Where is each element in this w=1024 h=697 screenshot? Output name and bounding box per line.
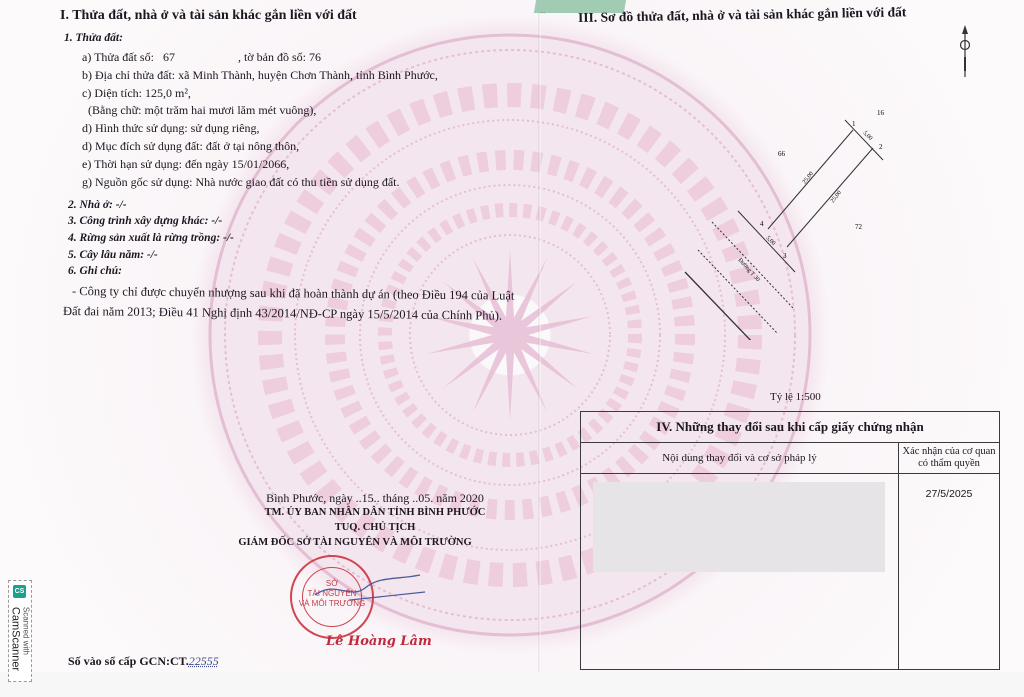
usage-purpose: d) Mục đích sử dụng đất: đất ở tại nông … (82, 139, 299, 154)
svg-text:25,00: 25,00 (830, 190, 843, 204)
col-header-content: Nội dung thay đổi và cơ sở pháp lý (581, 443, 899, 474)
svg-text:16: 16 (877, 109, 885, 117)
svg-text:4: 4 (760, 220, 764, 228)
parcel-area-words: (Bằng chữ: một trăm hai mươi lăm mét vuô… (88, 103, 316, 118)
svg-text:2: 2 (879, 143, 883, 151)
camscanner-watermark: CS Scanned with CamScanner (8, 580, 32, 682)
changes-table-title: IV. Những thay đổi sau khi cấp giấy chứn… (581, 412, 1000, 443)
parcel-number: a) Thửa đất số: 67 , tờ bản đồ số: 76 (82, 50, 321, 65)
map-scale: Tỷ lệ 1:500 (770, 391, 821, 403)
parcel-diagram: 1 2 3 4 5,00 25,00 25,00 5,00 16 66 72 Đ… (680, 100, 920, 340)
subsection-house: 2. Nhà ở: -/- (68, 199, 127, 211)
svg-text:1: 1 (852, 120, 856, 128)
handwritten-signature (310, 570, 430, 610)
svg-text:3: 3 (783, 252, 787, 260)
page-fold (538, 0, 541, 672)
svg-text:25,00: 25,00 (802, 171, 815, 185)
issuing-org: TM. ỦY BAN NHÂN DÂN TỈNH BÌNH PHƯỚC (220, 507, 530, 518)
svg-text:5,00: 5,00 (765, 235, 777, 247)
camscanner-logo-icon: CS (13, 585, 26, 598)
land-heading: 1. Thửa đất: (64, 32, 123, 44)
redacted-content (593, 482, 885, 572)
scan-margin (0, 672, 1024, 697)
parcel-address: b) Địa chỉ thửa đất: xã Minh Thành, huyệ… (82, 68, 438, 83)
change-date: 27/5/2025 (899, 474, 1000, 670)
section-title-land: I. Thửa đất, nhà ở và tài sản khác gắn l… (60, 8, 357, 24)
svg-text:66: 66 (778, 150, 786, 158)
usage-term: e) Thời hạn sử dụng: đến ngày 15/01/2066… (82, 157, 289, 172)
usage-form: d) Hình thức sử dụng: sử dụng riêng, (82, 121, 260, 136)
svg-text:5,00: 5,00 (862, 130, 874, 142)
north-arrow-icon (955, 25, 975, 80)
register-number: Số vào sổ cấp GCN:CT.22555 (68, 654, 219, 669)
subsection-other-works: 3. Công trình xây dựng khác: -/- (68, 215, 222, 227)
col-header-confirmation: Xác nhận của cơ quan có thẩm quyền (899, 443, 1000, 474)
subsection-perennial: 5. Cây lâu năm: -/- (68, 249, 158, 261)
signer-title: GIÁM ĐỐC SỞ TÀI NGUYÊN VÀ MÔI TRƯỜNG (190, 537, 520, 548)
signer-role: TUQ. CHỦ TỊCH (220, 522, 530, 533)
signer-name: Lê Hoàng Lâm (326, 634, 432, 649)
parcel-area: c) Diện tích: 125,0 m², (82, 86, 191, 101)
subsection-forest: 4. Rừng sản xuất là rừng trồng: -/- (68, 232, 234, 244)
issue-date: Bình Phước, ngày ..15.. tháng ..05. năm … (220, 491, 530, 506)
subsection-notes: 6. Ghi chú: (68, 265, 122, 277)
usage-origin: g) Nguồn gốc sử dụng: Nhà nước giao đất … (82, 175, 399, 190)
svg-text:72: 72 (855, 223, 863, 231)
